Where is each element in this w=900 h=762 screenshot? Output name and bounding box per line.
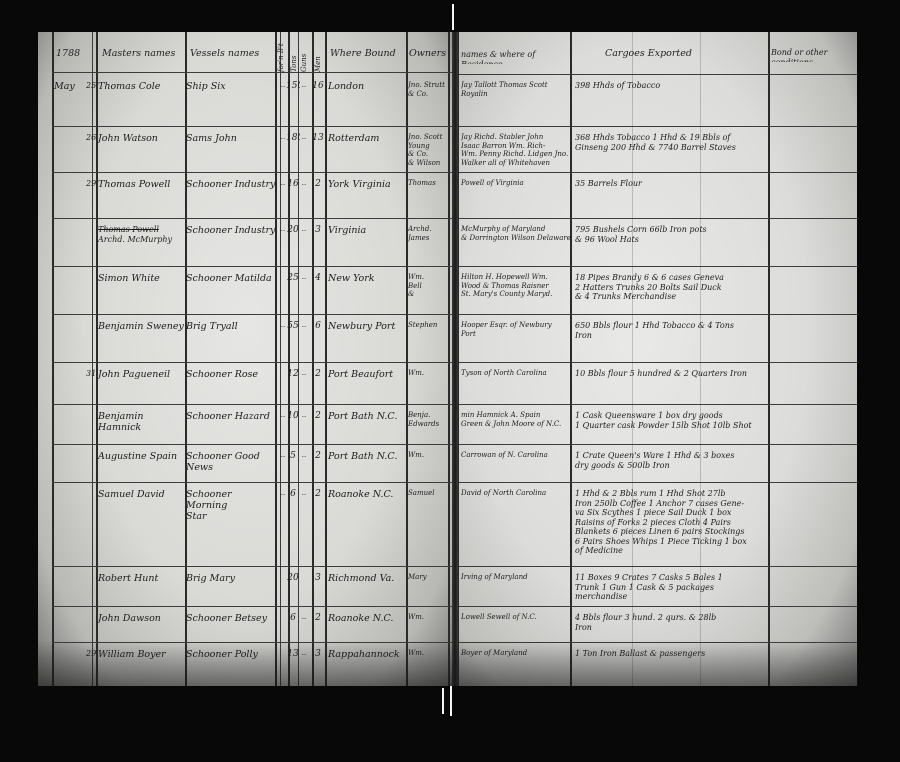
entry-residence: McMurphy of Maryland & Dorrington Wilson…: [461, 225, 571, 266]
row-rule: [52, 362, 452, 363]
entry-guns: [298, 573, 310, 585]
entry-residence: Hooper Esqr. of Newbury Port: [461, 321, 571, 362]
entry-bond: [771, 411, 855, 444]
entry-residence: Lowell Sewell of N.C.: [461, 613, 571, 642]
entry-cargo: 1 Cask Queensware 1 box dry goods 1 Quar…: [575, 411, 767, 444]
entry-men: 2: [312, 179, 324, 191]
entry-master-name: Benjamin Sweney: [98, 321, 186, 362]
entry-residence: Tyson of North Carolina: [461, 369, 571, 404]
entry-where-bound: Roanoke N.C.: [328, 613, 408, 642]
entry-month: [54, 179, 84, 191]
header-where-bound: Where Bound: [330, 48, 408, 62]
entry-bond: [771, 451, 855, 482]
row-rule: [459, 266, 857, 267]
header-guns: Guns: [300, 36, 309, 72]
entry-guns: ..: [298, 489, 310, 501]
entry-men: 2: [312, 489, 324, 501]
header-owners: Owners: [409, 48, 449, 62]
row-rule: [52, 482, 452, 483]
row-rule: [459, 218, 857, 219]
entry-day: [86, 573, 98, 585]
entry-vessel-name: Schooner Hazard: [186, 411, 276, 444]
entry-day: [86, 411, 98, 423]
entry-where-bound: New York: [328, 273, 408, 314]
entry-bond: [771, 81, 855, 126]
entry-cargo: 11 Boxes 9 Crates 7 Casks 5 Bales 1 Trun…: [575, 573, 767, 606]
row-rule: [459, 444, 857, 445]
entry-cargo: 35 Barrels Flour: [575, 179, 767, 218]
entry-vessel-name: Brig Tryall: [186, 321, 276, 362]
row-rule: [52, 314, 452, 315]
entry-men: 4: [312, 273, 324, 285]
entry-where-bound: Virginia: [328, 225, 408, 266]
entry-vessel-name: Schooner Industry: [186, 225, 276, 266]
entry-day: [86, 321, 98, 333]
entry-owners: Wm. Bell &: [408, 273, 452, 314]
entry-bond: [771, 649, 855, 686]
entry-guns: ..: [298, 369, 310, 381]
entry-residence: Hilton H. Hopewell Wm. Wood & Thomas Rai…: [461, 273, 571, 314]
entry-month: [54, 649, 84, 661]
entry-vessel-name: Schooner Rose: [186, 369, 276, 404]
row-rule: [459, 606, 857, 607]
entry-master-name: Augustine Spain: [98, 451, 186, 482]
row-rule: [52, 72, 452, 73]
entry-master-name: Thomas Cole: [98, 81, 186, 126]
entry-day: 26: [86, 133, 98, 145]
entry-where-bound: Richmond Va.: [328, 573, 408, 606]
entry-men: 3: [312, 649, 324, 661]
entry-owners: Wm.: [408, 369, 452, 404]
entry-cargo: 1 Crate Queen's Ware 1 Hhd & 3 boxes dry…: [575, 451, 767, 482]
left-page: 1788Masters namesVessels namesfor'n B'tT…: [38, 32, 456, 686]
entry-month: [54, 321, 84, 333]
row-rule: [52, 404, 452, 405]
entry-residence: Boyer of Maryland: [461, 649, 571, 686]
entry-men: 2: [312, 411, 324, 423]
row-rule: [52, 606, 452, 607]
entry-owners: Wm.: [408, 649, 452, 686]
header-foreign-built: for'n B't: [277, 36, 286, 72]
entry-men: 3: [312, 573, 324, 585]
row-rule: [459, 362, 857, 363]
row-rule: [52, 266, 452, 267]
column-rule: [92, 32, 93, 686]
entry-bond: [771, 321, 855, 362]
row-rule: [52, 444, 452, 445]
entry-where-bound: Newbury Port: [328, 321, 408, 362]
header-year: 1788: [56, 48, 90, 62]
entry-guns: ..: [298, 225, 310, 237]
header-bond-conditions: Bond or other conditions: [771, 48, 857, 62]
row-rule: [459, 314, 857, 315]
entry-residence: David of North Carolina: [461, 489, 571, 566]
entry-vessel-name: Schooner Good News: [186, 451, 276, 482]
entry-men: 6: [312, 321, 324, 333]
entry-cargo: 1 Hhd & 2 Bbls rum 1 Hhd Shot 27lb Iron …: [575, 489, 767, 566]
entry-cargo: 650 Bbls flour 1 Hhd Tobacco & 4 Tons Ir…: [575, 321, 767, 362]
header-masters-names: Masters names: [102, 48, 188, 62]
entry-guns: ..: [298, 411, 310, 423]
entry-day: [86, 273, 98, 285]
entry-guns: ..: [298, 451, 310, 463]
entry-day: [86, 225, 98, 237]
entry-cargo: 18 Pipes Brandy 6 & 6 cases Geneva 2 Hat…: [575, 273, 767, 314]
entry-master-name: Thomas Powell Archd. McMurphy: [98, 225, 186, 266]
row-rule: [459, 126, 857, 127]
entry-men: 16: [312, 81, 324, 93]
column-rule: [298, 32, 299, 686]
row-rule: [459, 74, 857, 75]
entry-month: [54, 273, 84, 285]
entry-men: 2: [312, 369, 324, 381]
entry-guns: ..: [298, 179, 310, 191]
entry-cargo: 795 Bushels Corn 66lb Iron pots & 96 Woo…: [575, 225, 767, 266]
row-rule: [459, 482, 857, 483]
entry-residence: Jay Richd. Stabler John Isaac Barron Wm.…: [461, 133, 571, 172]
entry-guns: ..: [298, 273, 310, 285]
entry-bond: [771, 573, 855, 606]
entry-bond: [771, 273, 855, 314]
entry-where-bound: Port Beaufort: [328, 369, 408, 404]
column-rule: [280, 32, 281, 686]
column-rule: [768, 32, 770, 686]
entry-residence: Irving of Maryland: [461, 573, 571, 606]
entry-master-name: William Boyer: [98, 649, 186, 686]
column-rule: [312, 32, 314, 686]
entry-where-bound: Port Bath N.C.: [328, 451, 408, 482]
entry-vessel-name: Schooner Betsey: [186, 613, 276, 642]
entry-bond: [771, 179, 855, 218]
entry-master-name: Simon White: [98, 273, 186, 314]
header-tons: Tons: [290, 36, 299, 72]
entry-master-name: Thomas Powell: [98, 179, 186, 218]
entry-vessel-name: Ship Six: [186, 81, 276, 126]
entry-owners: Wm.: [408, 451, 452, 482]
entry-cargo: 10 Bbls flour 5 hundred & 2 Quarters Iro…: [575, 369, 767, 404]
entry-men: 13: [312, 133, 324, 145]
entry-master-name: John Watson: [98, 133, 186, 172]
row-rule: [52, 126, 452, 127]
entry-residence: Jay Tallott Thomas Scott Royalin: [461, 81, 571, 126]
column-rule: [325, 32, 327, 686]
entry-month: [54, 489, 84, 501]
entry-bond: [771, 613, 855, 642]
entry-master-name: Samuel David: [98, 489, 186, 566]
entry-vessel-name: Sams John: [186, 133, 276, 172]
entry-men: 3: [312, 225, 324, 237]
entry-month: [54, 133, 84, 145]
entry-month: [54, 411, 84, 423]
entry-day: [86, 451, 98, 463]
right-page: names & where of ResidenceCargoes Export…: [455, 32, 857, 686]
entry-owners: Jno. Strutt & Co.: [408, 81, 452, 126]
registration-mark-bottom-right: [450, 686, 452, 716]
entry-where-bound: Rotterdam: [328, 133, 408, 172]
entry-residence: min Hamnick A. Spain Green & John Moore …: [461, 411, 571, 444]
entry-day: 29: [86, 649, 98, 661]
entry-day: [86, 613, 98, 625]
entry-month: [54, 573, 84, 585]
entry-master-name: Robert Hunt: [98, 573, 186, 606]
row-rule: [52, 172, 452, 173]
row-rule: [459, 404, 857, 405]
entry-cargo: 398 Hhds of Tobacco: [575, 81, 767, 126]
row-rule: [459, 642, 857, 643]
entry-master-name: John Pagueneil: [98, 369, 186, 404]
entry-month: [54, 369, 84, 381]
entry-vessel-name: Schooner Polly: [186, 649, 276, 686]
entry-vessel-name: Schooner Industry: [186, 179, 276, 218]
entry-month: May: [54, 81, 84, 93]
header-residence: names & where of Residence: [461, 50, 573, 64]
entry-guns: ..: [298, 613, 310, 625]
entry-where-bound: York Virginia: [328, 179, 408, 218]
header-cargoes-exported: Cargoes Exported: [605, 48, 745, 64]
entry-bond: [771, 133, 855, 172]
entry-vessel-name: Schooner Matilda: [186, 273, 276, 314]
entry-bond: [771, 369, 855, 404]
entry-guns: ..: [298, 133, 310, 145]
entry-month: [54, 613, 84, 625]
entry-owners: Wm.: [408, 613, 452, 642]
header-vessels-names: Vessels names: [190, 48, 276, 62]
entry-day: 29: [86, 179, 98, 191]
entry-owners: Archd. James: [408, 225, 452, 266]
entry-guns: ..: [298, 649, 310, 661]
entry-men: 2: [312, 613, 324, 625]
row-rule: [52, 566, 452, 567]
book-gutter: [452, 32, 458, 686]
row-rule: [459, 172, 857, 173]
entry-vessel-name: Schooner Morning Star: [186, 489, 276, 566]
entry-master-name: John Dawson: [98, 613, 186, 642]
column-rule: [52, 32, 54, 686]
registration-mark-top: [452, 4, 454, 30]
entry-vessel-name: Brig Mary: [186, 573, 276, 606]
row-rule: [459, 566, 857, 567]
entry-owners: Samuel: [408, 489, 452, 566]
entry-bond: [771, 489, 855, 566]
entry-month: [54, 451, 84, 463]
row-rule: [52, 642, 452, 643]
entry-owners: Jno. Scott Young & Co. & Wilson: [408, 133, 452, 172]
entry-where-bound: London: [328, 81, 408, 126]
entry-where-bound: Rappahannock: [328, 649, 408, 686]
entry-owners: Mary: [408, 573, 452, 606]
entry-cargo: 368 Hhds Tobacco 1 Hhd & 19 Bbls of Gins…: [575, 133, 767, 172]
entry-cargo: 1 Ton Iron Ballast & passengers: [575, 649, 767, 686]
struck-master-name: Thomas Powell: [98, 225, 159, 234]
entry-residence: Carrowan of N. Carolina: [461, 451, 571, 482]
entry-residence: Powell of Virginia: [461, 179, 571, 218]
column-rule: [288, 32, 290, 686]
entry-month: [54, 225, 84, 237]
entry-owners: Benja. Edwards: [408, 411, 452, 444]
entry-day: [86, 489, 98, 501]
entry-day: 31: [86, 369, 98, 381]
entry-owners: Thomas: [408, 179, 452, 218]
entry-day: 25: [86, 81, 98, 93]
entry-guns: ..: [298, 321, 310, 333]
entry-bond: [771, 225, 855, 266]
entry-where-bound: Port Bath N.C.: [328, 411, 408, 444]
entry-men: 2: [312, 451, 324, 463]
row-rule: [52, 218, 452, 219]
entry-owners: Stephen: [408, 321, 452, 362]
entry-where-bound: Roanoke N.C.: [328, 489, 408, 566]
header-men: Men: [314, 36, 323, 72]
entry-master-name: Benjamin Hamnick: [98, 411, 186, 444]
entry-cargo: 4 Bbls flour 3 hund. 2 qurs. & 28lb Iron: [575, 613, 767, 642]
entry-guns: ..: [298, 81, 310, 93]
registration-mark-bottom-left: [442, 688, 444, 714]
